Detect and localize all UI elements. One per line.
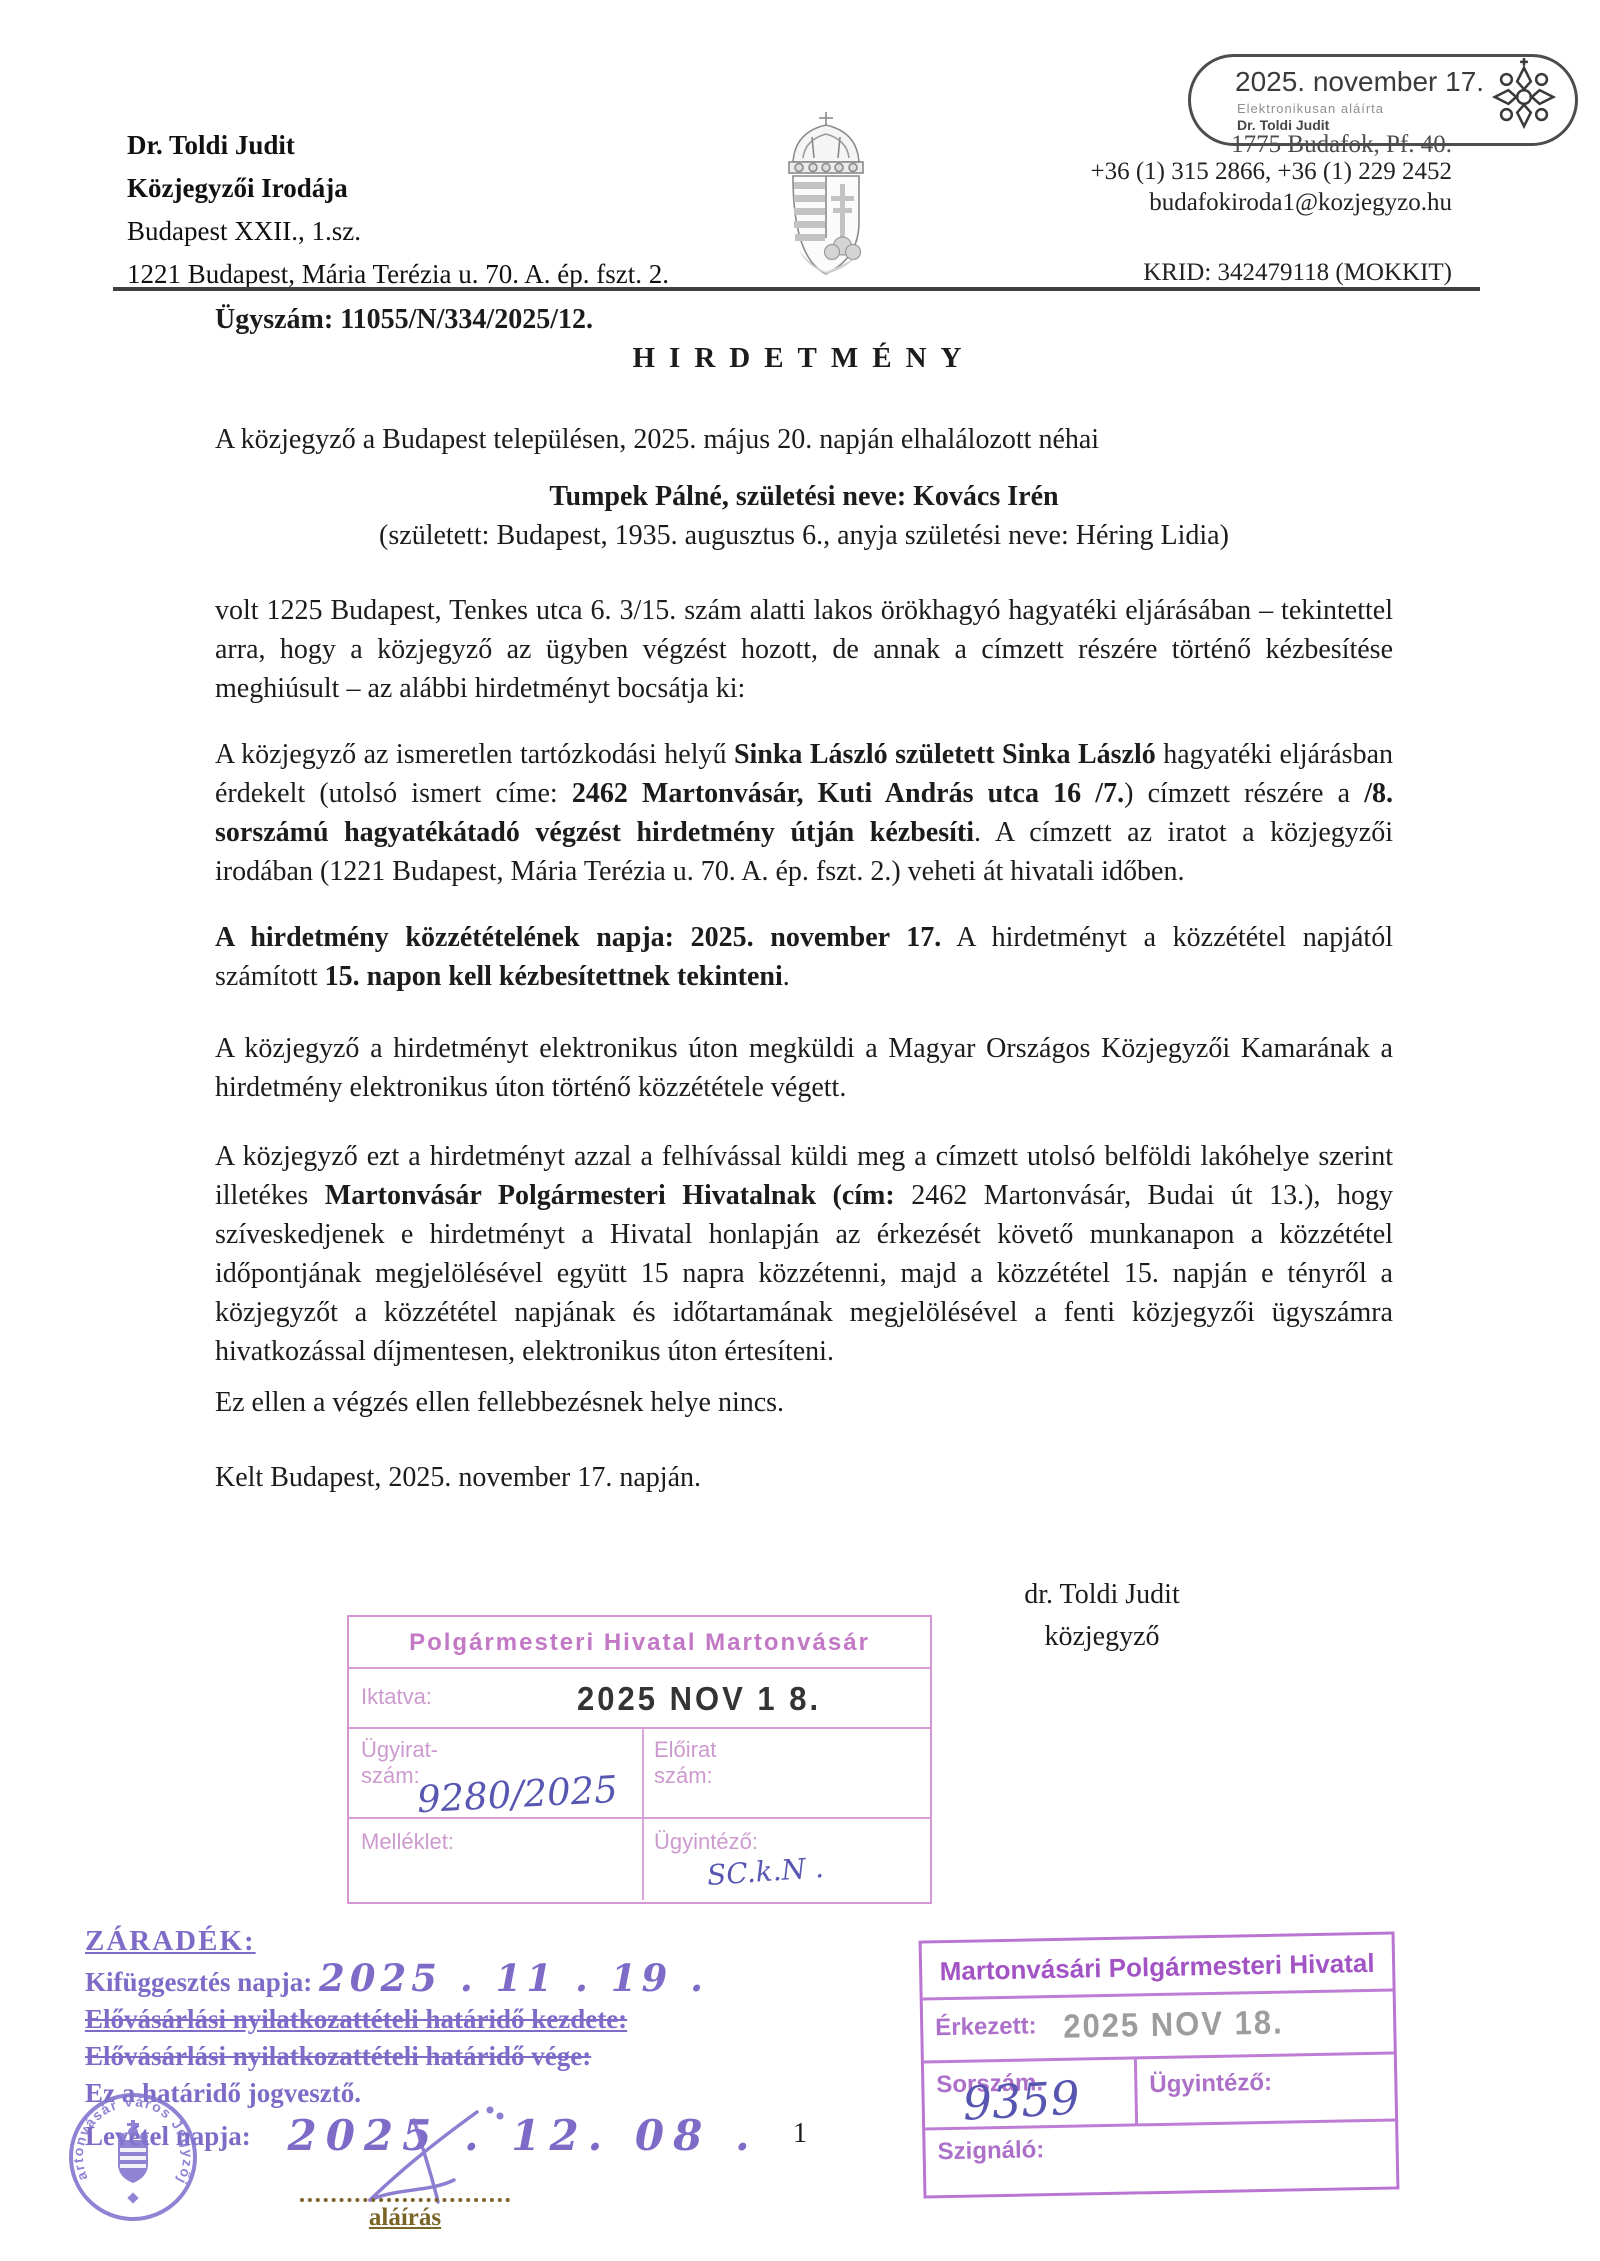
posting-date-handwritten: 2025 . 11 . 19 .: [319, 1956, 708, 2000]
preemption-start-line-struck: Elővásárlási nyilatkozattételi határidő …: [85, 2001, 729, 2038]
run-bold: A hirdetmény közzétételének napja: 2025.…: [215, 922, 941, 953]
notary-district: Budapest XXII., 1.sz.: [127, 210, 669, 253]
registry-stamp-title: Polgármesteri Hivatal Martonvásár: [349, 1617, 930, 1669]
registry-row-ugyirat: Ügyirat-szám: Előiratszám: 9280/2025: [349, 1729, 930, 1819]
eloirat-label: Előiratszám:: [654, 1737, 716, 1789]
ugyintezo-label: Ügyintéző:: [654, 1829, 758, 1855]
ugyirat-label-line1: Ügyirat-: [361, 1737, 438, 1762]
document-title: HIRDETMÉNY: [215, 339, 1393, 378]
po-box-line: 1775 Budafok, Pf. 40.: [1231, 131, 1452, 159]
preemption-end-line-struck: Elővásárlási nyilatkozattételi határidő …: [85, 2038, 729, 2075]
eloirat-label-line1: Előirat: [654, 1737, 716, 1762]
registry-row-melleklet: Melléklet: Ügyintéző: SC.k.N .: [349, 1819, 930, 1900]
zaradek-title: ZÁRADÉK:: [85, 1923, 729, 1960]
deceased-birth-data: (született: Budapest, 1935. augusztus 6.…: [215, 516, 1393, 555]
phone-numbers: +36 (1) 315 2866, +36 (1) 229 2452: [1091, 158, 1453, 186]
scanned-notary-notice-page: Dr. Toldi Judit Közjegyzői Irodája Budap…: [0, 0, 1600, 2261]
paragraph-municipality-request: A közjegyző ezt a hirdetményt azzal a fe…: [215, 1137, 1393, 1371]
paragraph-no-appeal: Ez ellen a végzés ellen fellebbezésnek h…: [215, 1383, 1393, 1422]
ugyintezo-initials-handwritten: SC.k.N .: [706, 1851, 825, 1892]
case-number: Ügyszám: 11055/N/334/2025/12.: [215, 300, 1393, 339]
arrival-ugyintezo-label: Ügyintéző:: [1149, 2069, 1272, 2099]
posting-date-line: Kifüggesztés napja: 2025 . 11 . 19 .: [85, 1960, 729, 2001]
document-body: Ügyszám: 11055/N/334/2025/12. HIRDETMÉNY…: [215, 300, 1393, 1497]
run: ) címzett részére a: [1124, 778, 1364, 809]
paragraph-estate: volt 1225 Budapest, Tenkes utca 6. 3/15.…: [215, 591, 1393, 708]
hungarian-coat-of-arms-icon: [733, 110, 919, 295]
eloirat-label-line2: szám:: [654, 1763, 713, 1788]
header-divider: [113, 287, 1480, 291]
paragraph-delivery: A közjegyző az ismeretlen tartózkodási h…: [215, 735, 1393, 891]
notary-office-title: Közjegyzői Irodája: [127, 167, 669, 210]
arrival-row-erkezett: Érkezett: 2025 NOV 18.: [923, 1992, 1394, 2064]
posting-date-label: Kifüggesztés napja:: [85, 1967, 312, 1997]
cell-divider: [642, 1729, 644, 1817]
round-municipal-seal: Martonvásár Város Jegyzője: [66, 2090, 200, 2229]
notary-signature-block: dr. Toldi Judit közjegyző: [952, 1574, 1252, 1658]
run: A közjegyző az ismeretlen tartózkodási h…: [215, 739, 734, 770]
erkezett-date-stamp: 2025 NOV 18.: [1063, 2003, 1284, 2046]
arrival-stamp: Martonvásári Polgármesteri Hivatal Érkez…: [919, 1931, 1400, 2198]
signer-name: dr. Toldi Judit: [952, 1574, 1252, 1616]
email-address: budafokiroda1@kozjegyzo.hu: [1149, 189, 1452, 217]
deceased-name: Tumpek Pálné, születési neve: Kovács Iré…: [215, 477, 1393, 516]
iktatva-date-stamp: 2025 NOV 1 8.: [577, 1680, 821, 1719]
paragraph-publication-date: A hirdetmény közzétételének napja: 2025.…: [215, 918, 1393, 996]
signature-dotted-line: [300, 2178, 510, 2202]
notary-name: Dr. Toldi Judit: [127, 124, 669, 167]
melleklet-label: Melléklet:: [361, 1829, 454, 1855]
intro-line: A közjegyző a Budapest településen, 2025…: [215, 420, 1393, 459]
run-bold: Sinka László született Sinka László: [734, 739, 1156, 770]
erkezett-label: Érkezett:: [935, 2012, 1037, 2042]
date-of-issue: Kelt Budapest, 2025. november 17. napján…: [215, 1458, 1393, 1497]
arrival-stamp-title: Martonvásári Polgármesteri Hivatal: [922, 1935, 1393, 2001]
ugyirat-number-handwritten: 9280/2025: [416, 1768, 619, 1821]
krid-line: KRID: 342479118 (MOKKIT): [1143, 259, 1452, 287]
notary-office-block: Dr. Toldi Judit Közjegyzői Irodája Budap…: [127, 124, 669, 296]
paragraph-chamber: A közjegyző a hirdetményt elektronikus ú…: [215, 1029, 1393, 1107]
cell-divider: [642, 1819, 644, 1900]
notary-seal-rosette-icon: [1485, 58, 1563, 141]
signature-caption: aláírás: [300, 2204, 510, 2232]
iktatva-label: Iktatva:: [361, 1684, 432, 1710]
run-bold: 2462 Martonvásár, Kuti András utca 16 /7…: [572, 778, 1124, 809]
ugyirat-label-line2: szám:: [361, 1763, 420, 1788]
registry-row-iktatva: Iktatva: 2025 NOV 1 8.: [349, 1669, 930, 1729]
run-bold: Martonvásár Polgármesteri Hivatalnak (cí…: [325, 1180, 895, 1211]
signer-role: közjegyző: [952, 1616, 1252, 1658]
run: .: [783, 961, 790, 992]
page-number: 1: [0, 2118, 1600, 2150]
run-bold: 15. napon kell kézbesítettnek tekinteni: [325, 961, 783, 992]
cell-divider: [1134, 2059, 1138, 2123]
incoming-registry-stamp: Polgármesteri Hivatal Martonvásár Iktatv…: [347, 1615, 932, 1904]
